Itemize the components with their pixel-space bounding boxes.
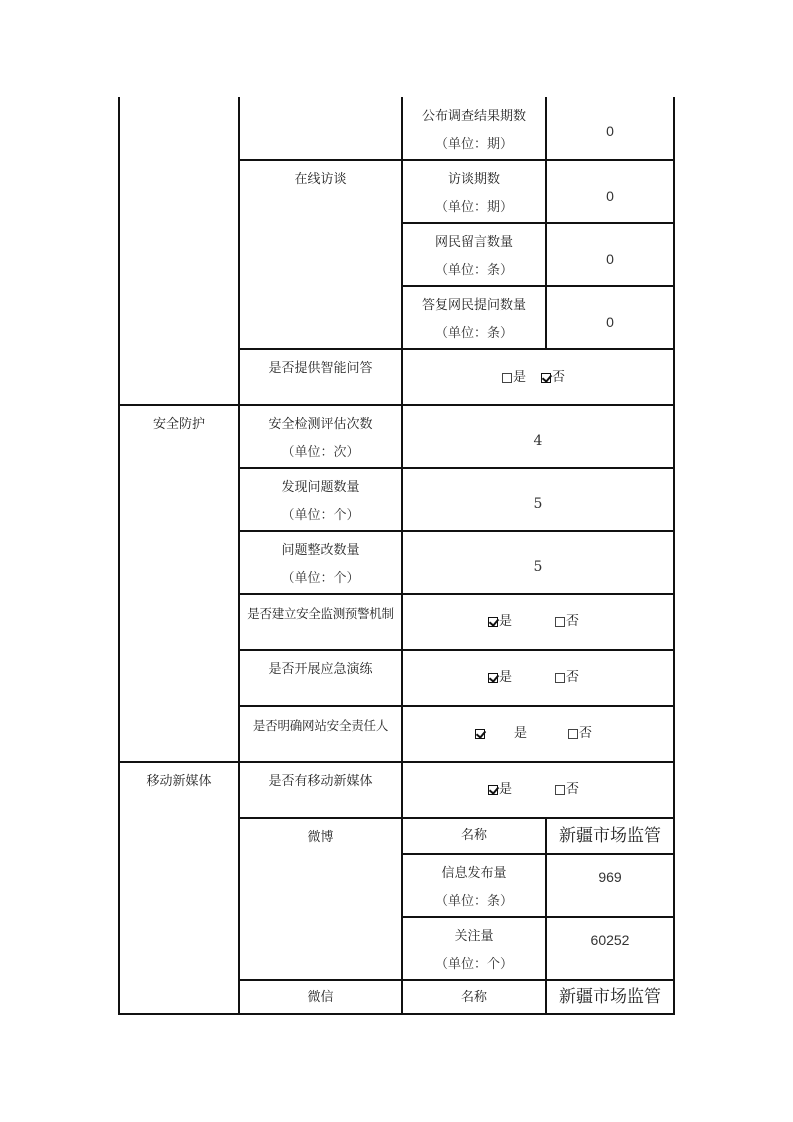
warning-mechanism-no-option[interactable]: 否 bbox=[555, 614, 579, 630]
issues-found-value-cell: 5 bbox=[403, 469, 673, 530]
smart-qa-label-cell: 是否提供智能问答 bbox=[240, 351, 401, 383]
mobile-media-section-text: 移动新媒体 bbox=[120, 768, 238, 796]
warning-mechanism-label-cell: 是否建立安全监测预警机制 bbox=[240, 596, 401, 628]
responsible-person-yes-checkbox[interactable] bbox=[475, 726, 486, 742]
interview-count-unit: （单位：期） bbox=[403, 194, 545, 222]
interview-count-label: 访谈期数 bbox=[403, 166, 545, 194]
weibo-posts-label-cell: 信息发布量 （单位：条） bbox=[403, 856, 545, 916]
assessments-value: 4 bbox=[403, 427, 673, 455]
wechat-group-text: 微信 bbox=[240, 984, 401, 1012]
responsible-person-label-cell: 是否明确网站安全责任人 bbox=[240, 708, 401, 740]
warning-mechanism-label: 是否建立安全监测预警机制 bbox=[240, 600, 401, 628]
wechat-name-value: 新疆市场监管 bbox=[547, 982, 673, 1012]
weibo-group-text: 微博 bbox=[240, 824, 401, 852]
answered-questions-value: 0 bbox=[547, 308, 673, 336]
row-line bbox=[238, 817, 675, 819]
emergency-drill-label-cell: 是否开展应急演练 bbox=[240, 652, 401, 684]
issues-fixed-value-cell: 5 bbox=[403, 532, 673, 593]
weibo-name-label: 名称 bbox=[403, 822, 545, 850]
has-mobile-yes-option[interactable]: 是 bbox=[488, 782, 512, 798]
weibo-posts-value: 969 bbox=[547, 863, 673, 891]
row-line bbox=[238, 705, 675, 707]
issues-fixed-label: 问题整改数量 bbox=[240, 537, 401, 565]
table-border-right bbox=[673, 97, 675, 1015]
survey-results-label-cell: 公布调查结果期数 （单位：期） bbox=[403, 99, 545, 159]
table-border-bottom bbox=[118, 1013, 675, 1015]
issues-found-label-cell: 发现问题数量 （单位：个） bbox=[240, 470, 401, 530]
assessments-value-cell: 4 bbox=[403, 406, 673, 467]
emergency-drill-label: 是否开展应急演练 bbox=[240, 656, 401, 684]
answered-questions-value-cell: 0 bbox=[547, 287, 673, 348]
warning-mechanism-yes-option[interactable]: 是 bbox=[488, 614, 512, 630]
checkbox-unchecked-icon[interactable] bbox=[568, 729, 578, 739]
has-mobile-yes-label: 是 bbox=[499, 782, 512, 797]
interview-count-value: 0 bbox=[547, 182, 673, 210]
emergency-drill-yes-label: 是 bbox=[499, 670, 512, 685]
netizen-messages-label: 网民留言数量 bbox=[403, 229, 545, 257]
has-mobile-no-option[interactable]: 否 bbox=[555, 782, 579, 798]
checkbox-checked-icon[interactable] bbox=[475, 729, 485, 739]
responsible-person-yes-label: 是 bbox=[514, 726, 527, 742]
netizen-messages-value-cell: 0 bbox=[547, 224, 673, 285]
weibo-followers-label-cell: 关注量 （单位：个） bbox=[403, 919, 545, 979]
row-line bbox=[238, 649, 675, 651]
survey-results-value: 0 bbox=[547, 117, 673, 145]
smart-qa-no-option[interactable]: 否 bbox=[541, 370, 565, 386]
answered-questions-label-cell: 答复网民提问数量 （单位：条） bbox=[403, 288, 545, 348]
issues-fixed-value: 5 bbox=[403, 553, 673, 581]
issues-fixed-label-cell: 问题整改数量 （单位：个） bbox=[240, 533, 401, 593]
report-page: 公布调查结果期数 （单位：期） 0 在线访谈 访谈期数 （单位：期） 0 网民留… bbox=[0, 0, 793, 1122]
wechat-group-label: 微信 bbox=[240, 984, 401, 1012]
emergency-drill-no-option[interactable]: 否 bbox=[555, 670, 579, 686]
wechat-name-value-cell: 新疆市场监管 bbox=[547, 982, 673, 1012]
answered-questions-unit: （单位：条） bbox=[403, 320, 545, 348]
weibo-posts-unit: （单位：条） bbox=[403, 888, 545, 916]
online-interview-group-text: 在线访谈 bbox=[240, 166, 401, 194]
checkbox-checked-icon[interactable] bbox=[488, 617, 498, 627]
issues-found-label: 发现问题数量 bbox=[240, 474, 401, 502]
has-mobile-no-label: 否 bbox=[566, 782, 579, 797]
checkbox-checked-icon[interactable] bbox=[541, 373, 551, 383]
weibo-name-label-cell: 名称 bbox=[403, 822, 545, 850]
emergency-drill-yes-option[interactable]: 是 bbox=[488, 670, 512, 686]
responsible-person-no-label: 否 bbox=[579, 726, 592, 741]
responsible-person-label: 是否明确网站安全责任人 bbox=[240, 712, 401, 740]
checkbox-unchecked-icon[interactable] bbox=[555, 673, 565, 683]
weibo-followers-value: 60252 bbox=[547, 926, 673, 954]
checkbox-checked-icon[interactable] bbox=[488, 673, 498, 683]
has-mobile-label: 是否有移动新媒体 bbox=[240, 768, 401, 796]
has-mobile-label-cell: 是否有移动新媒体 bbox=[240, 764, 401, 796]
checkbox-unchecked-icon[interactable] bbox=[555, 785, 565, 795]
weibo-posts-label: 信息发布量 bbox=[403, 860, 545, 888]
warning-mechanism-no-label: 否 bbox=[566, 614, 579, 629]
row-line bbox=[238, 979, 675, 981]
interview-count-label-cell: 访谈期数 （单位：期） bbox=[403, 162, 545, 222]
checkbox-unchecked-icon[interactable] bbox=[502, 373, 512, 383]
netizen-messages-value: 0 bbox=[547, 245, 673, 273]
smart-qa-no-label: 否 bbox=[552, 370, 565, 385]
weibo-name-value: 新疆市场监管 bbox=[547, 821, 673, 851]
mobile-media-section-label: 移动新媒体 bbox=[120, 764, 238, 796]
responsible-person-no-option[interactable]: 否 bbox=[568, 726, 592, 742]
issues-found-value: 5 bbox=[403, 490, 673, 518]
row-line bbox=[238, 348, 675, 350]
security-section-text: 安全防护 bbox=[120, 411, 238, 439]
row-line bbox=[118, 761, 675, 763]
assessments-label-cell: 安全检测评估次数 （单位：次） bbox=[240, 407, 401, 467]
assessments-label: 安全检测评估次数 bbox=[240, 411, 401, 439]
netizen-messages-label-cell: 网民留言数量 （单位：条） bbox=[403, 225, 545, 285]
smart-qa-yes-label: 是 bbox=[513, 370, 526, 385]
issues-found-unit: （单位：个） bbox=[240, 502, 401, 530]
weibo-followers-value-cell: 60252 bbox=[547, 918, 673, 979]
weibo-group-label: 微博 bbox=[240, 820, 401, 852]
checkbox-unchecked-icon[interactable] bbox=[555, 617, 565, 627]
warning-mechanism-yes-label: 是 bbox=[499, 614, 512, 629]
table-border-left bbox=[118, 97, 120, 1015]
assessments-unit: （单位：次） bbox=[240, 439, 401, 467]
survey-results-label: 公布调查结果期数 bbox=[403, 103, 545, 131]
emergency-drill-no-label: 否 bbox=[566, 670, 579, 685]
weibo-name-value-cell: 新疆市场监管 bbox=[547, 821, 673, 851]
smart-qa-label: 是否提供智能问答 bbox=[240, 355, 401, 383]
weibo-followers-label: 关注量 bbox=[403, 923, 545, 951]
answered-questions-label: 答复网民提问数量 bbox=[403, 292, 545, 320]
issues-fixed-unit: （单位：个） bbox=[240, 565, 401, 593]
row-line bbox=[238, 593, 675, 595]
interview-count-value-cell: 0 bbox=[547, 161, 673, 222]
wechat-name-label: 名称 bbox=[403, 984, 545, 1012]
weibo-followers-unit: （单位：个） bbox=[403, 951, 545, 979]
wechat-name-label-cell: 名称 bbox=[403, 984, 545, 1012]
survey-results-value-cell: 0 bbox=[547, 97, 673, 159]
checkbox-checked-icon[interactable] bbox=[488, 785, 498, 795]
weibo-posts-value-cell: 969 bbox=[547, 855, 673, 916]
online-interview-group-label: 在线访谈 bbox=[240, 162, 401, 194]
security-section-label: 安全防护 bbox=[120, 407, 238, 439]
smart-qa-yes-option[interactable]: 是 bbox=[502, 370, 526, 386]
netizen-messages-unit: （单位：条） bbox=[403, 257, 545, 285]
survey-results-unit: （单位：期） bbox=[403, 131, 545, 159]
